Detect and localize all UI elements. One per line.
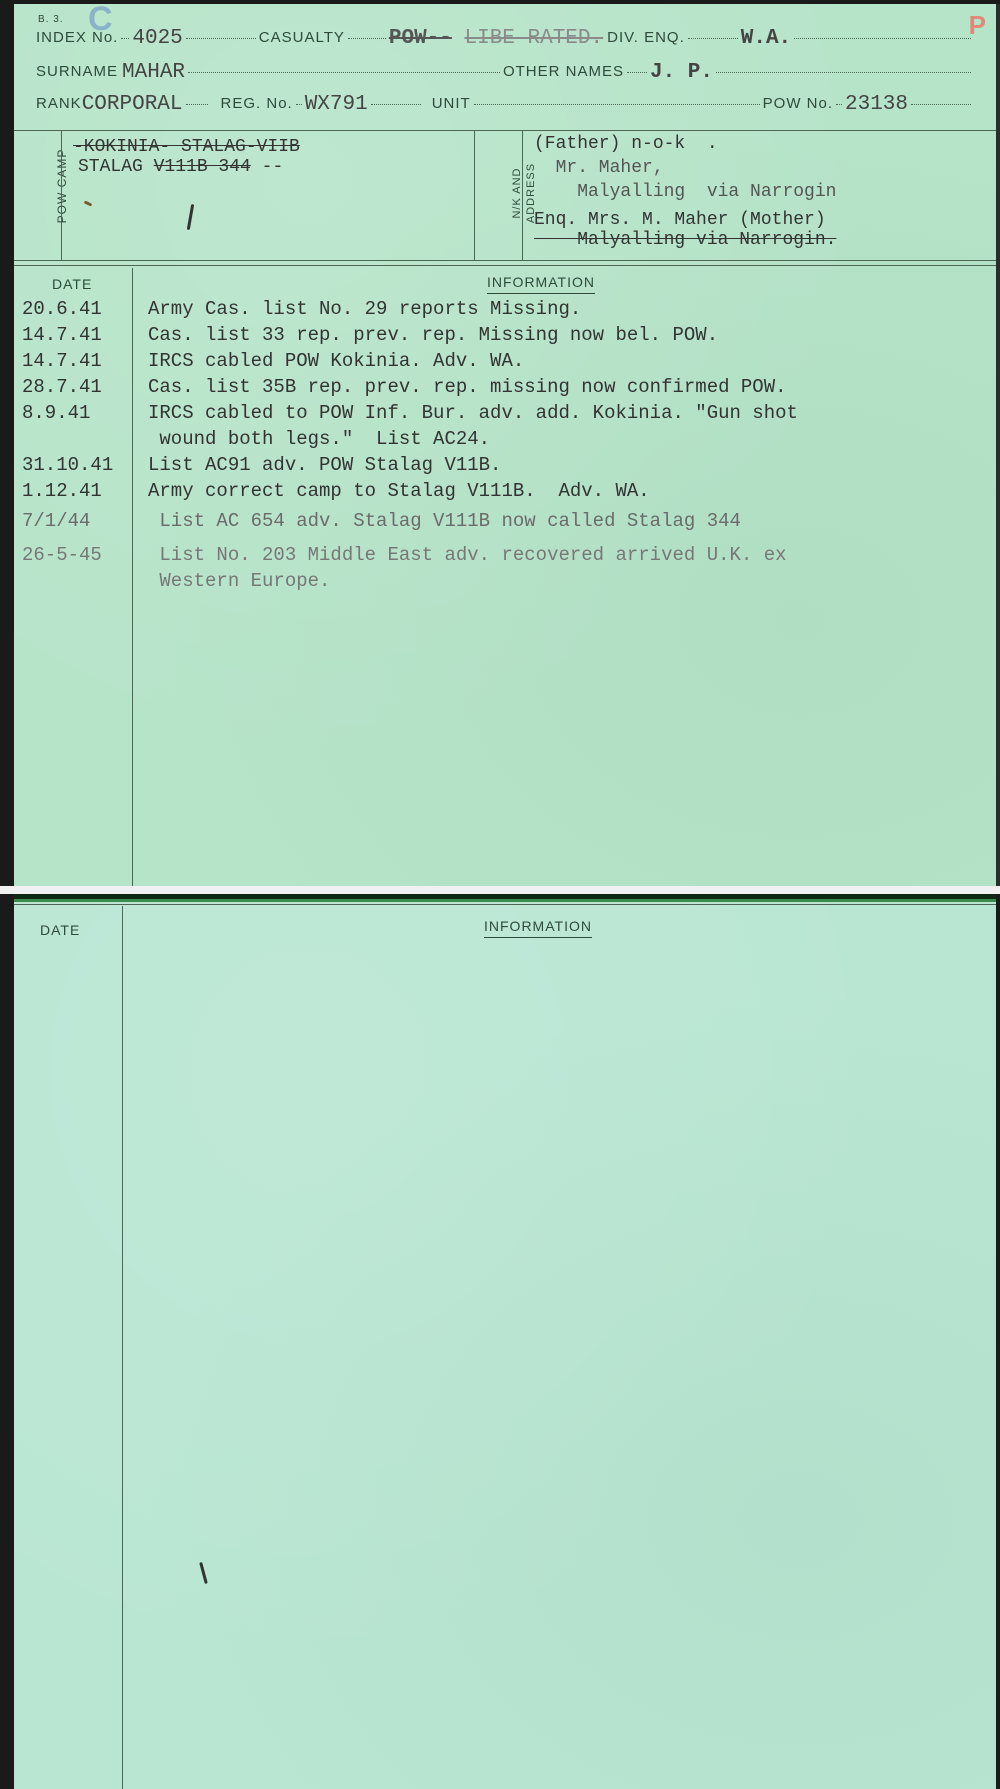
entry-row: 28.7.41Cas. list 35B rep. prev. rep. mis…: [14, 374, 974, 400]
header-row-index: INDEX No. 4025 CASUALTY POW-- LIBE RATED…: [36, 26, 974, 49]
pow-camp-label: POW CAMP: [55, 136, 69, 236]
ink-mark: [199, 1562, 208, 1584]
entry-row: 14.7.41IRCS cabled POW Kokinia. Adv. WA.: [14, 348, 974, 374]
nok-left-divider: [474, 130, 475, 260]
div-enq-label: DIV. ENQ.: [607, 29, 685, 46]
rank-label: RANK: [36, 95, 82, 112]
reg-no-value: WX791: [305, 93, 368, 116]
entry-row: 26-5-45 List No. 203 Middle East adv. re…: [14, 542, 974, 594]
entry-date: 14.7.41: [14, 322, 140, 348]
reg-no-label: REG. No.: [221, 95, 293, 112]
entry-date: 8.9.41: [14, 400, 140, 452]
entry-text: Army Cas. list No. 29 reports Missing.: [140, 296, 974, 322]
entry-text: IRCS cabled POW Kokinia. Adv. WA.: [140, 348, 974, 374]
pow-camp-divider: [61, 130, 62, 260]
entry-date: 1.12.41: [14, 478, 140, 504]
back-date-column-divider: [122, 906, 123, 1789]
section-double-rule: [14, 260, 996, 266]
entry-text: List AC91 adv. POW Stalag V11B.: [140, 452, 974, 478]
entry-row: 7/1/44 List AC 654 adv. Stalag V111B now…: [14, 508, 974, 534]
entry-row: 1.12.41Army correct camp to Stalag V111B…: [14, 478, 974, 504]
back-top-stripe: [14, 899, 996, 902]
entry-text: List No. 203 Middle East adv. recovered …: [140, 542, 974, 594]
casualty-struck: POW--: [389, 27, 452, 50]
entry-date: 7/1/44: [14, 508, 140, 534]
div-enq-value: W.A.: [741, 27, 791, 50]
surname-value: MAHAR: [122, 61, 185, 84]
unit-label: UNIT: [432, 95, 471, 112]
nok-inner-divider: [522, 130, 523, 260]
back-information-column-header: INFORMATION: [484, 918, 592, 934]
pow-camp-value: -KOKINIA- STALAG-VIIB STALAG V111B 344 -…: [78, 137, 300, 177]
back-top-rule: [14, 904, 996, 905]
entry-row: 8.9.41IRCS cabled to POW Inf. Bur. adv. …: [14, 400, 974, 452]
pow-no-value: 23138: [845, 93, 908, 116]
entry-date: 31.10.41: [14, 452, 140, 478]
header-row-rank: RANK CORPORAL REG. No. WX791 UNIT POW No…: [36, 92, 974, 115]
date-column-header: DATE: [52, 276, 92, 292]
pow-camp-line2: STALAG V111B 344 --: [78, 157, 300, 177]
ink-mark: [187, 204, 194, 230]
entry-text: Cas. list 35B rep. prev. rep. missing no…: [140, 374, 974, 400]
entry-date: 20.6.41: [14, 296, 140, 322]
entry-row: 20.6.41Army Cas. list No. 29 reports Mis…: [14, 296, 974, 322]
ink-mark: [84, 200, 93, 206]
record-card-front: B. 3. C P INDEX No. 4025 CASUALTY POW-- …: [14, 4, 1000, 886]
entry-text: IRCS cabled to POW Inf. Bur. adv. add. K…: [140, 400, 974, 452]
other-names-label: OTHER NAMES: [503, 63, 624, 80]
other-names-value: J. P.: [650, 61, 713, 84]
entry-row: 31.10.41List AC91 adv. POW Stalag V11B.: [14, 452, 974, 478]
surname-label: SURNAME: [36, 63, 118, 80]
information-column-header: INFORMATION: [487, 274, 595, 290]
pow-no-label: POW No.: [763, 95, 833, 112]
entry-text: List AC 654 adv. Stalag V111B now called…: [140, 508, 974, 534]
entry-text: Cas. list 33 rep. prev. rep. Missing now…: [140, 322, 974, 348]
header-row-surname: SURNAME MAHAR OTHER NAMES J. P.: [36, 60, 974, 83]
casualty-label: CASUALTY: [259, 29, 345, 46]
record-card-back: DATE INFORMATION: [14, 894, 996, 1789]
entry-text: Army correct camp to Stalag V111B. Adv. …: [140, 478, 974, 504]
header-separator: [14, 130, 996, 131]
index-label: INDEX No.: [36, 29, 118, 46]
card-separator: [0, 886, 1000, 894]
back-date-column-header: DATE: [40, 922, 80, 938]
entry-date: 26-5-45: [14, 542, 140, 594]
entries-list: 20.6.41Army Cas. list No. 29 reports Mis…: [14, 296, 974, 594]
casualty-added: LIBE RATED.: [464, 27, 603, 50]
form-code: B. 3.: [38, 14, 64, 25]
unit-value: [474, 104, 760, 105]
casualty-value: POW-- LIBE RATED.: [389, 27, 603, 50]
index-value: 4025: [132, 27, 182, 50]
entry-row: 14.7.41Cas. list 33 rep. prev. rep. Miss…: [14, 322, 974, 348]
pow-camp-line1: -KOKINIA- STALAG-VIIB: [73, 137, 300, 157]
rank-value: CORPORAL: [82, 93, 183, 116]
nok-address: (Father) n-o-k . Mr. Maher, Malyalling v…: [534, 132, 836, 252]
entry-date: 14.7.41: [14, 348, 140, 374]
entry-date: 28.7.41: [14, 374, 140, 400]
